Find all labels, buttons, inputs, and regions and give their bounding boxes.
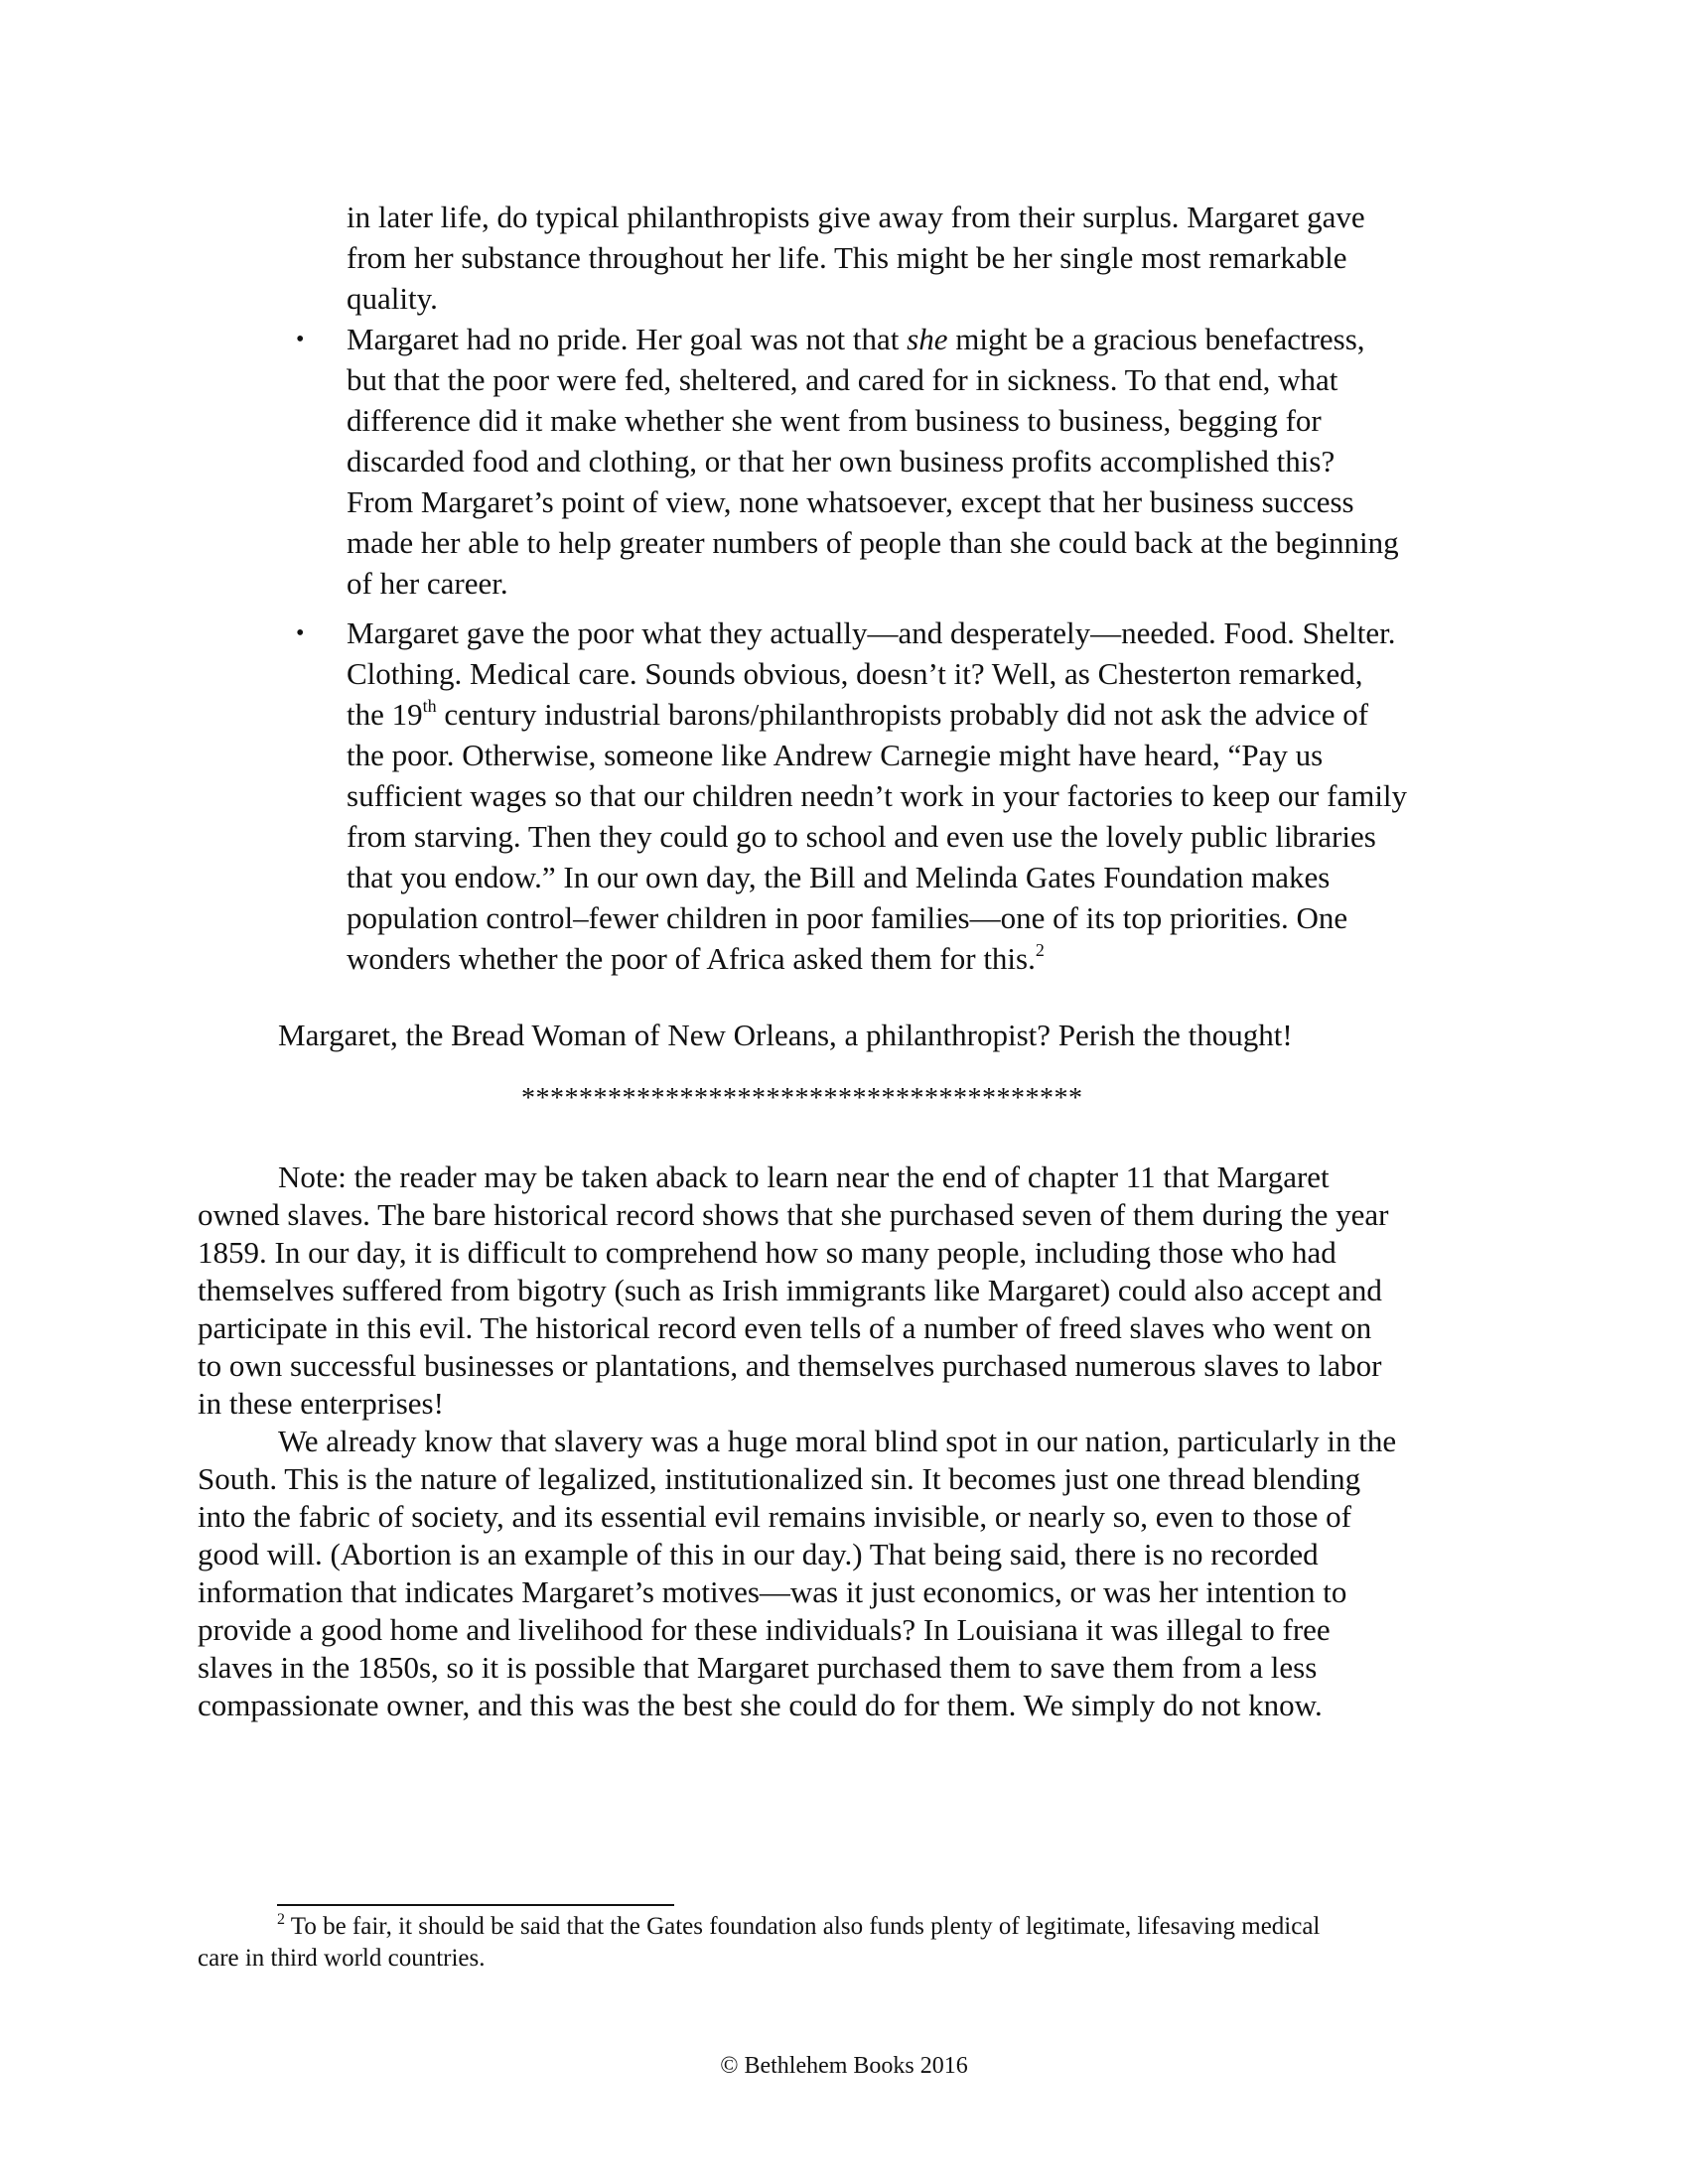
footnote-ref-2[interactable]: 2 xyxy=(1036,941,1045,976)
text-line: discarded food and clothing, or that her… xyxy=(347,444,1335,479)
text-line: the poor. Otherwise, someone like Andrew… xyxy=(347,738,1323,773)
copyright-footer: © Bethlehem Books 2016 xyxy=(0,2051,1688,2081)
text-line: difference did it make whether she went … xyxy=(347,403,1322,439)
text-line: We already know that slavery was a huge … xyxy=(278,1424,1396,1459)
text-line: of her career. xyxy=(347,566,508,602)
text-span: wonders whether the poor of Africa asked… xyxy=(347,941,1036,976)
text-span: To be fair, it should be said that the G… xyxy=(285,1913,1320,1940)
text-line: into the fabric of society, and its esse… xyxy=(198,1499,1351,1535)
text-line: Margaret gave the poor what they actuall… xyxy=(347,615,1396,651)
text-line: good will. (Abortion is an example of th… xyxy=(198,1537,1319,1572)
text-line: sufficient wages so that our children ne… xyxy=(347,778,1407,814)
section-separator: *************************************** xyxy=(521,1084,1083,1114)
text-span: Margaret had no pride. Her goal was not … xyxy=(347,322,907,356)
text-line: the 19th century industrial barons/phila… xyxy=(347,697,1368,733)
text-line: compassionate owner, and this was the be… xyxy=(198,1688,1323,1723)
text-line: participate in this evil. The historical… xyxy=(198,1310,1371,1346)
text-line: in later life, do typical philanthropist… xyxy=(347,200,1365,235)
text-line: wonders whether the poor of Africa asked… xyxy=(347,941,1045,977)
footnote-line: care in third world countries. xyxy=(198,1944,486,1974)
text-span: the 19 xyxy=(347,697,423,732)
text-line: provide a good home and livelihood for t… xyxy=(198,1612,1331,1648)
text-line: Margaret had no pride. Her goal was not … xyxy=(347,322,1365,357)
footnote-number: 2 xyxy=(277,1911,285,1928)
text-span: century industrial barons/philanthropist… xyxy=(437,697,1368,732)
text-span: might be a gracious benefactress, xyxy=(947,322,1364,356)
text-line: information that indicates Margaret’s mo… xyxy=(198,1574,1346,1610)
text-line: but that the poor were fed, sheltered, a… xyxy=(347,362,1337,398)
footnote-marker: 2 xyxy=(1036,940,1045,960)
text-line: made her able to help greater numbers of… xyxy=(347,525,1399,561)
bullet-icon: • xyxy=(296,615,304,651)
text-line: themselves suffered from bigotry (such a… xyxy=(198,1273,1382,1308)
text-line: From Margaret’s point of view, none what… xyxy=(347,484,1354,520)
text-line: South. This is the nature of legalized, … xyxy=(198,1461,1360,1497)
superscript-th: th xyxy=(423,696,437,716)
text-line: in these enterprises! xyxy=(198,1386,444,1422)
text-line: population control–fewer children in poo… xyxy=(347,900,1347,936)
footnote-line: 2 To be fair, it should be said that the… xyxy=(277,1912,1320,1942)
text-line: from starving. Then they could go to sch… xyxy=(347,819,1376,855)
text-line: Clothing. Medical care. Sounds obvious, … xyxy=(347,656,1362,692)
text-line: 1859. In our day, it is difficult to com… xyxy=(198,1235,1336,1271)
text-line: to own successful businesses or plantati… xyxy=(198,1348,1381,1384)
text-line: slaves in the 1850s, so it is possible t… xyxy=(198,1650,1317,1686)
text-line: that you endow.” In our own day, the Bil… xyxy=(347,860,1330,895)
text-line: from her substance throughout her life. … xyxy=(347,240,1347,276)
text-line: Note: the reader may be taken aback to l… xyxy=(278,1160,1330,1195)
text-line: quality. xyxy=(347,281,438,317)
footnote-divider xyxy=(277,1904,674,1906)
text-line: owned slaves. The bare historical record… xyxy=(198,1197,1388,1233)
closing-line: Margaret, the Bread Woman of New Orleans… xyxy=(278,1018,1293,1053)
bullet-icon: • xyxy=(296,322,304,357)
emphasis-she: she xyxy=(907,322,947,356)
